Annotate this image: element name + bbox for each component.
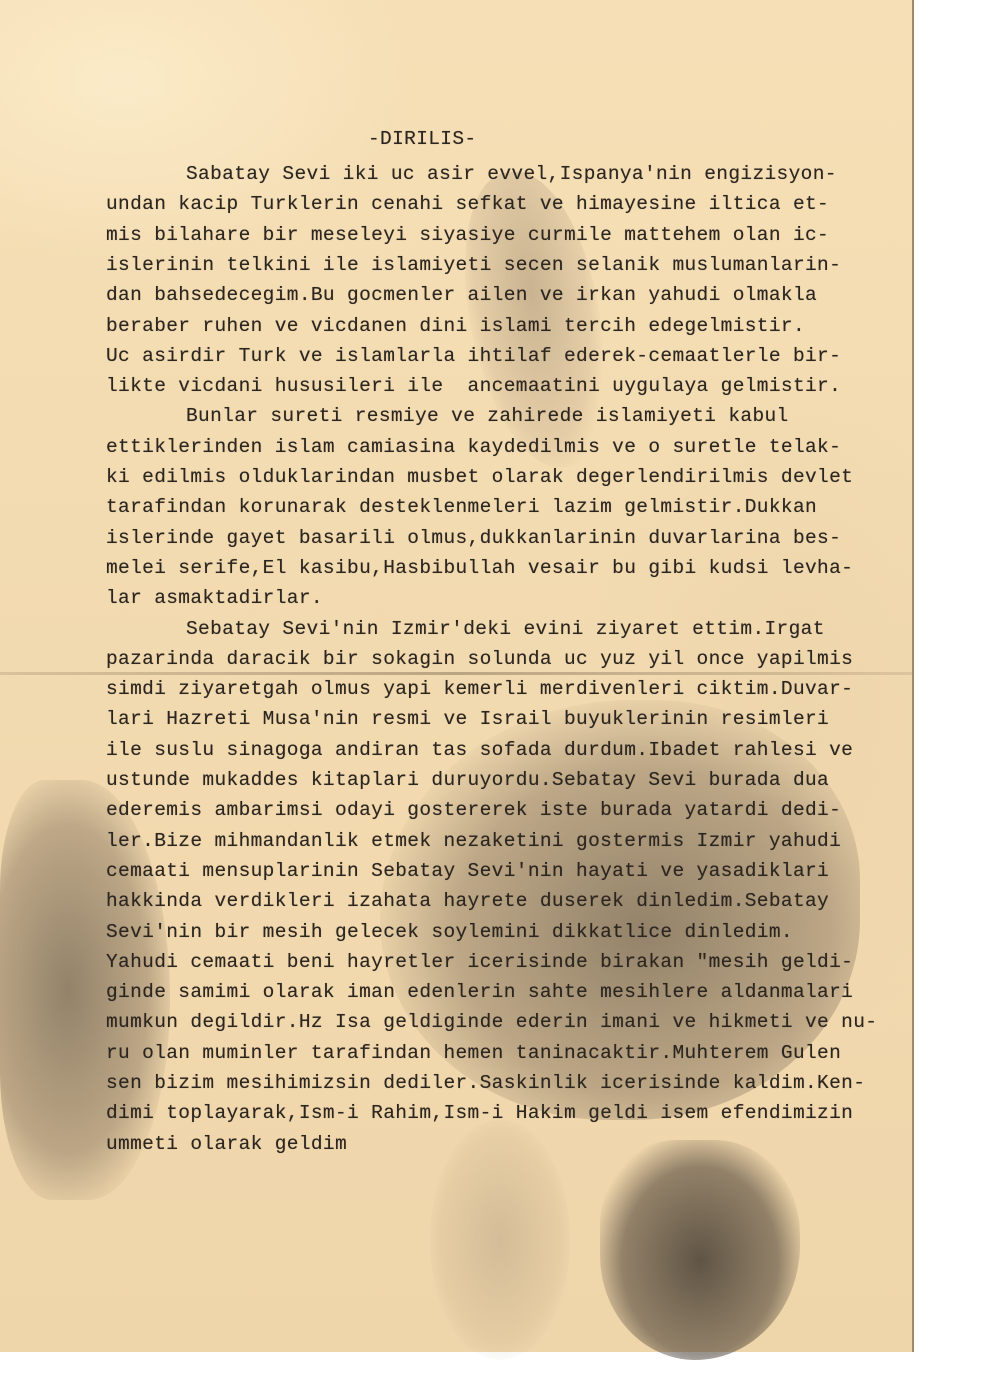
- text-line: dimi toplayarak,Ism-i Rahim,Ism-i Hakim …: [106, 1102, 853, 1124]
- text-line: beraber ruhen ve vicdanen dini islami te…: [106, 315, 805, 337]
- text-line: Yahudi cemaati beni hayretler icerisinde…: [106, 951, 853, 973]
- text-line: sen bizim mesihimizsin dediler.Saskinlik…: [106, 1072, 865, 1094]
- text-line: ki edilmis olduklarindan musbet olarak d…: [106, 466, 853, 488]
- text-line: undan kacip Turklerin cenahi sefkat ve h…: [106, 193, 829, 215]
- text-line: hakkinda verdikleri izahata hayrete duse…: [106, 890, 829, 912]
- text-line: ustunde mukaddes kitaplari duruyordu.Seb…: [106, 769, 829, 791]
- text-line: cemaati mensuplarinin Sebatay Sevi'nin h…: [106, 860, 829, 882]
- paper-fold-line: [0, 672, 912, 675]
- text-line: Uc asirdir Turk ve islamlarla ihtilaf ed…: [106, 345, 841, 367]
- text-line: islerinde gayet basarili olmus,dukkanlar…: [106, 527, 841, 549]
- text-line: ler.Bize mihmandanlik etmek nezaketini g…: [106, 830, 841, 852]
- stain-bottom-dark: [600, 1140, 800, 1360]
- text-line: tarafindan korunarak desteklenmeleri laz…: [106, 496, 817, 518]
- text-line: mumkun degildir.Hz Isa geldiginde ederin…: [106, 1011, 877, 1033]
- stain-bottom-faint: [430, 1120, 570, 1360]
- text-line: lari Hazreti Musa'nin resmi ve Israil bu…: [106, 708, 829, 730]
- text-line: Sevi'nin bir mesih gelecek soylemini dik…: [106, 921, 793, 943]
- text-line: Sabatay Sevi iki uc asir evvel,Ispanya'n…: [186, 163, 837, 185]
- text-line: ru olan muminler tarafindan hemen tanina…: [106, 1042, 841, 1064]
- text-line: mis bilahare bir meseleyi siyasiye curmi…: [106, 224, 829, 246]
- document-page: -DIRILIS- Sabatay Sevi iki uc asir evvel…: [0, 0, 914, 1352]
- text-line: islerinin telkini ile islamiyeti secen s…: [106, 254, 841, 276]
- text-line: lar asmaktadirlar.: [106, 587, 323, 609]
- text-line: simdi ziyaretgah olmus yapi kemerli merd…: [106, 678, 853, 700]
- document-title: -DIRILIS-: [368, 128, 476, 150]
- text-line: ummeti olarak geldim: [106, 1133, 347, 1155]
- text-line: Bunlar sureti resmiye ve zahirede islami…: [186, 405, 789, 427]
- text-line: ginde samimi olarak iman edenlerin sahte…: [106, 981, 853, 1003]
- text-line: melei serife,El kasibu,Hasbibullah vesai…: [106, 557, 853, 579]
- text-line: dan bahsedecegim.Bu gocmenler ailen ve i…: [106, 284, 817, 306]
- text-line: ettiklerinden islam camiasina kaydedilmi…: [106, 436, 841, 458]
- text-line: likte vicdani hususileri ile ancemaatini…: [106, 375, 841, 397]
- text-line: ile suslu sinagoga andiran tas sofada du…: [106, 739, 853, 761]
- text-line: Sebatay Sevi'nin Izmir'deki evini ziyare…: [186, 618, 825, 640]
- text-line: ederemis ambarimsi odayi gostererek iste…: [106, 799, 841, 821]
- text-line: pazarinda daracik bir sokagin solunda uc…: [106, 648, 853, 670]
